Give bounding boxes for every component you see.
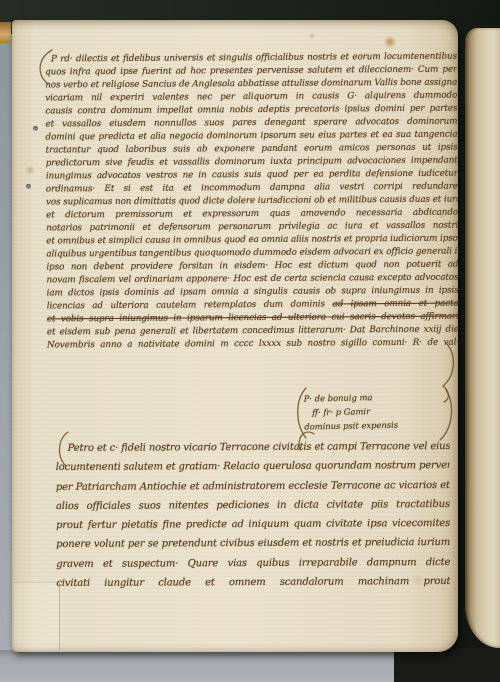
book-block-bottom	[394, 648, 500, 682]
manuscript-leaf: P rd· dilectis et fidelibus universis et…	[12, 20, 458, 652]
manuscript-line: per Patriarcham Antiochie et administrat…	[56, 476, 450, 497]
mat-board-bottom	[0, 650, 398, 682]
manuscript-dateline: Novembris anno a nativitate domini m ccc…	[47, 337, 459, 353]
chancery-signature-block: P· de bonuig ma ff· fr· p Gamir dominus …	[304, 388, 457, 433]
manuscript-line: ponere volunt per se pretendunt civibus …	[56, 533, 450, 554]
manuscript-line: locumtenenti salutem et gratiam· Relacio…	[56, 456, 450, 477]
letter-2-text-block: Petro et c· fideli nostro vicario Terrac…	[56, 437, 451, 593]
pricking-hole	[26, 184, 31, 189]
facing-page-edge	[465, 28, 500, 648]
manuscript-line: gravem et suspectum· Quare vias quibus i…	[56, 553, 450, 574]
cancelled-text: ad ipsam omnia et pacta	[332, 299, 458, 310]
manuscript-line: alios officiales suos nitentes pedicione…	[56, 495, 450, 516]
manuscript-photograph: P rd· dilectis et fidelibus universis et…	[0, 0, 500, 682]
manuscript-line: civitati iungitur claude et omnem scanda…	[56, 572, 450, 593]
manuscript-line: Petro et c· fideli nostro vicario Terrac…	[56, 437, 450, 458]
signature-line: dominus psit expensis	[304, 416, 456, 433]
letter-1-text-block: P rd· dilectis et fidelibus universis et…	[45, 51, 459, 353]
manuscript-line: prout fertur pietatis fine predicte ad i…	[56, 514, 450, 535]
line-plain-part: licencias ad ulteriora cautelam retempla…	[47, 299, 333, 311]
pricking-hole	[33, 126, 38, 131]
binding-endband	[0, 22, 11, 43]
paper-crease-patch	[14, 582, 60, 650]
